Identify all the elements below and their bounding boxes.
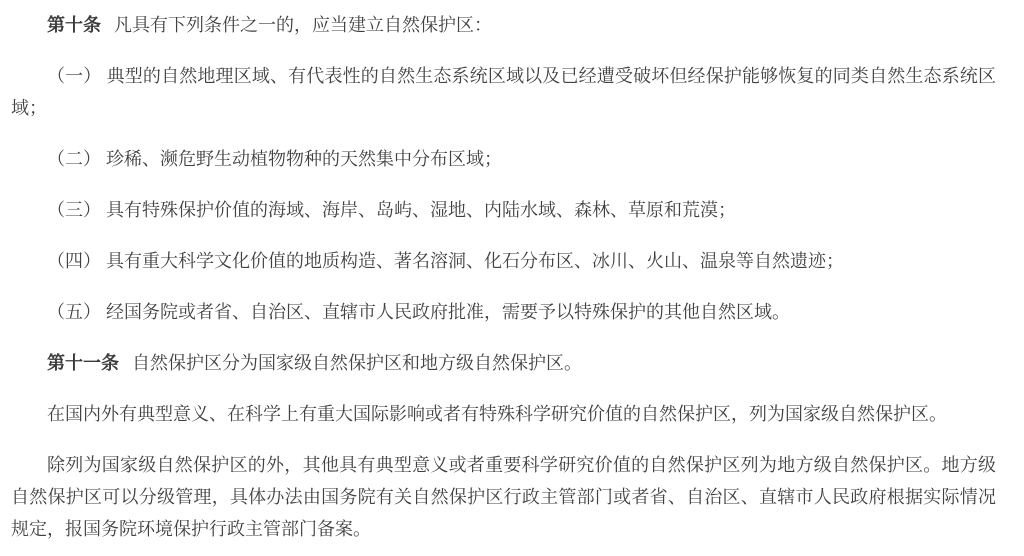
paragraph-item-4: （四） 具有重大科学文化价值的地质构造、著名溶洞、化石分布区、冰川、火山、温泉等… [11, 245, 996, 277]
document-body: 第十条凡具有下列条件之一的，应当建立自然保护区： （一） 典型的自然地理区域、有… [0, 0, 1024, 556]
article-10-label: 第十条 [47, 15, 101, 35]
article-11-text: 自然保护区分为国家级自然保护区和地方级自然保护区。 [132, 353, 582, 373]
paragraph-item-3: （三） 具有特殊保护价值的海域、海岸、岛屿、湿地、内陆水域、森林、草原和荒漠； [11, 194, 996, 226]
paragraph-item-5: （五） 经国务院或者省、自治区、直辖市人民政府批准，需要予以特殊保护的其他自然区… [11, 296, 996, 328]
paragraph-article-10: 第十条凡具有下列条件之一的，应当建立自然保护区： [11, 9, 996, 41]
paragraph-item-1: （一） 典型的自然地理区域、有代表性的自然生态系统区域以及已经遭受破坏但经保护能… [11, 60, 996, 124]
paragraph-item-2: （二） 珍稀、濒危野生动植物物种的天然集中分布区域； [11, 143, 996, 175]
article-11-label: 第十一条 [47, 353, 119, 373]
paragraph-local-reserves: 除列为国家级自然保护区的外，其他具有典型意义或者重要科学研究价值的自然保护区列为… [11, 449, 996, 545]
paragraph-national-reserves: 在国内外有典型意义、在科学上有重大国际影响或者有特殊科学研究价值的自然保护区，列… [11, 398, 996, 430]
paragraph-article-11: 第十一条自然保护区分为国家级自然保护区和地方级自然保护区。 [11, 347, 996, 379]
article-10-text: 凡具有下列条件之一的，应当建立自然保护区： [114, 15, 492, 35]
